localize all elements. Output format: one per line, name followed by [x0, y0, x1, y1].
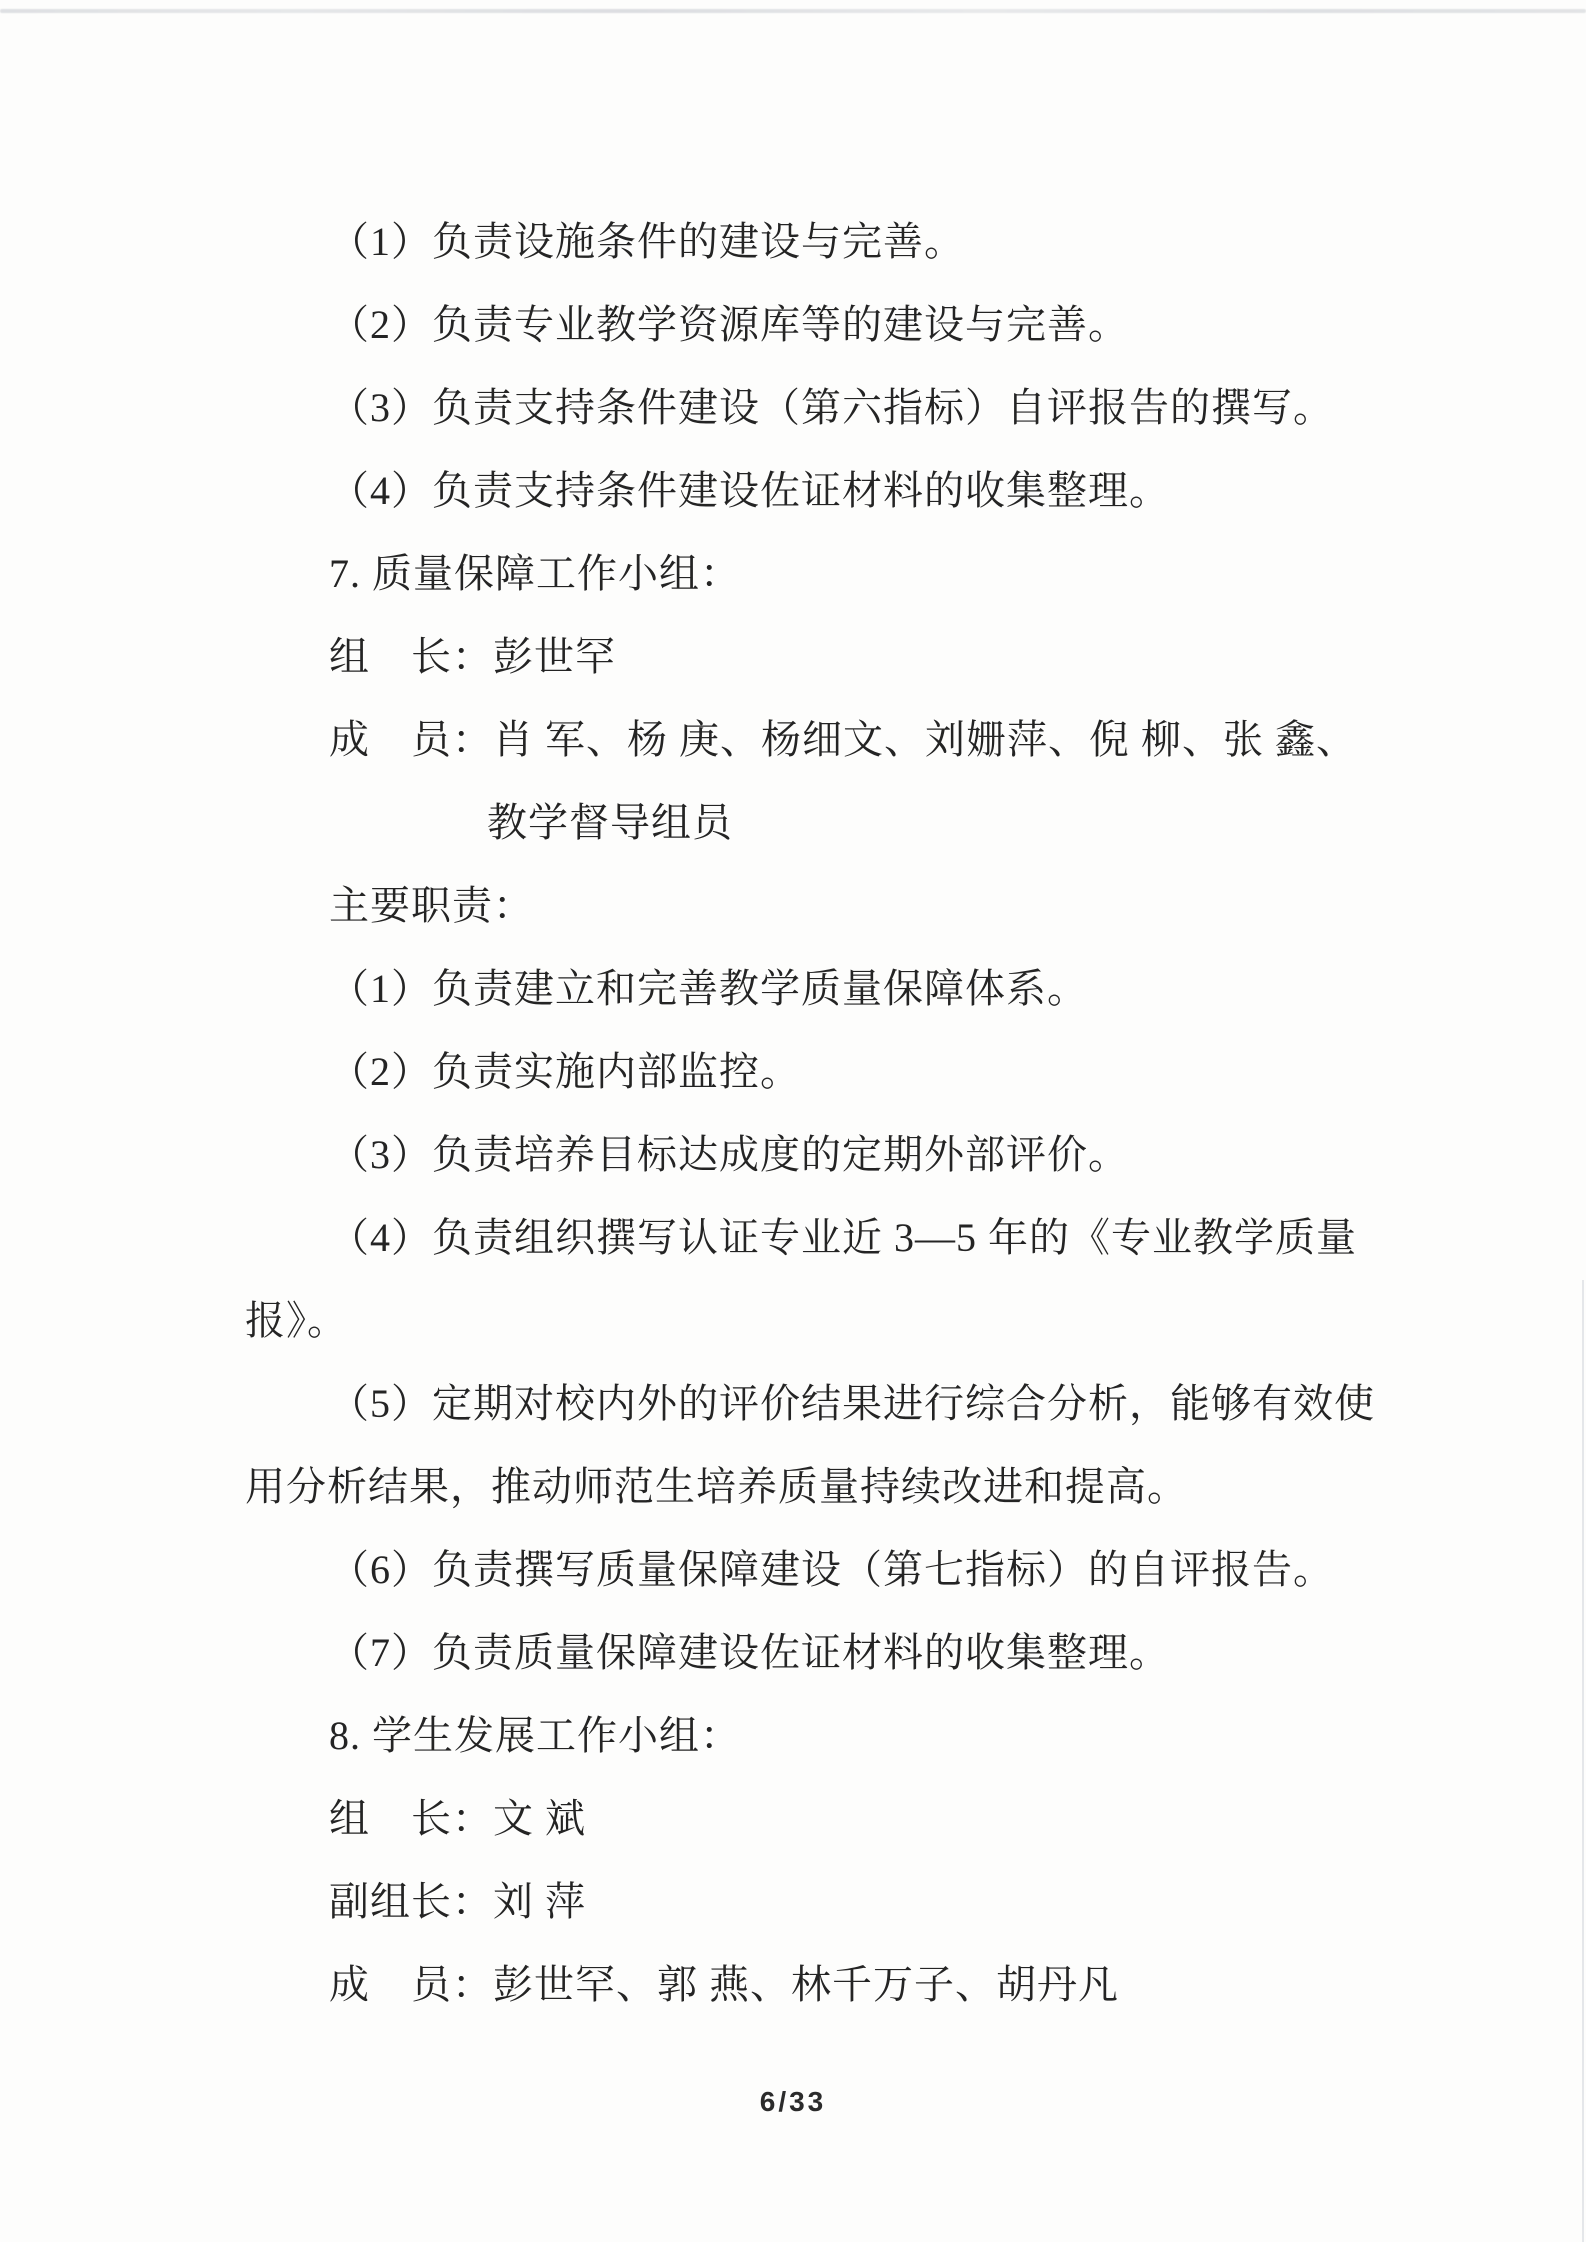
duty-item-7-1: （1）负责建立和完善教学质量保障体系。: [245, 947, 1410, 1030]
group-8-leader-line: 组 长：文 斌: [245, 1777, 1410, 1860]
document-page: { "page": { "paper_color": "#fdfdfc", "i…: [0, 0, 1586, 2242]
duty-item-7-2: （2）负责实施内部监控。: [245, 1030, 1410, 1113]
duty-item-7-4: （4）负责组织撰写认证专业近 3—5 年的《专业教学质量: [245, 1196, 1410, 1279]
duty-item-7-5-continuation: 用分析结果，推动师范生培养质量持续改进和提高。: [245, 1445, 1410, 1528]
scan-artifact-top-line: [0, 9, 1586, 13]
page-number: 6/33: [0, 2086, 1586, 2118]
section-8-heading: 8. 学生发展工作小组：: [245, 1694, 1410, 1777]
group-7-members-line: 成 员：肖 军、杨 庚、杨细文、刘姗萍、倪 柳、张 鑫、: [245, 698, 1410, 781]
duty-item-6-2: （2）负责专业教学资源库等的建设与完善。: [245, 283, 1410, 366]
duty-item-7-4-continuation: 报》。: [245, 1279, 1410, 1362]
group-8-members-line: 成 员：彭世罕、郭 燕、林千万子、胡丹凡: [245, 1943, 1410, 2026]
duty-item-6-3: （3）负责支持条件建设（第六指标）自评报告的撰写。: [245, 366, 1410, 449]
document-body: （1）负责设施条件的建设与完善。 （2）负责专业教学资源库等的建设与完善。 （3…: [245, 200, 1410, 2026]
duty-item-7-3: （3）负责培养目标达成度的定期外部评价。: [245, 1113, 1410, 1196]
group-7-members-continuation: 教学督导组员: [487, 781, 1410, 864]
scanned-page: （1）负责设施条件的建设与完善。 （2）负责专业教学资源库等的建设与完善。 （3…: [0, 0, 1586, 2242]
group-7-leader-line: 组 长：彭世罕: [245, 615, 1410, 698]
duty-item-6-1: （1）负责设施条件的建设与完善。: [245, 200, 1410, 283]
duty-item-7-5: （5）定期对校内外的评价结果进行综合分析，能够有效使: [245, 1362, 1410, 1445]
duty-item-7-6: （6）负责撰写质量保障建设（第七指标）的自评报告。: [245, 1528, 1410, 1611]
section-7-heading: 7. 质量保障工作小组：: [245, 532, 1410, 615]
duty-item-7-7: （7）负责质量保障建设佐证材料的收集整理。: [245, 1611, 1410, 1694]
main-duties-heading: 主要职责：: [245, 864, 1410, 947]
group-8-deputy-leader-line: 副组长：刘 萍: [245, 1860, 1410, 1943]
duty-item-6-4: （4）负责支持条件建设佐证材料的收集整理。: [245, 449, 1410, 532]
